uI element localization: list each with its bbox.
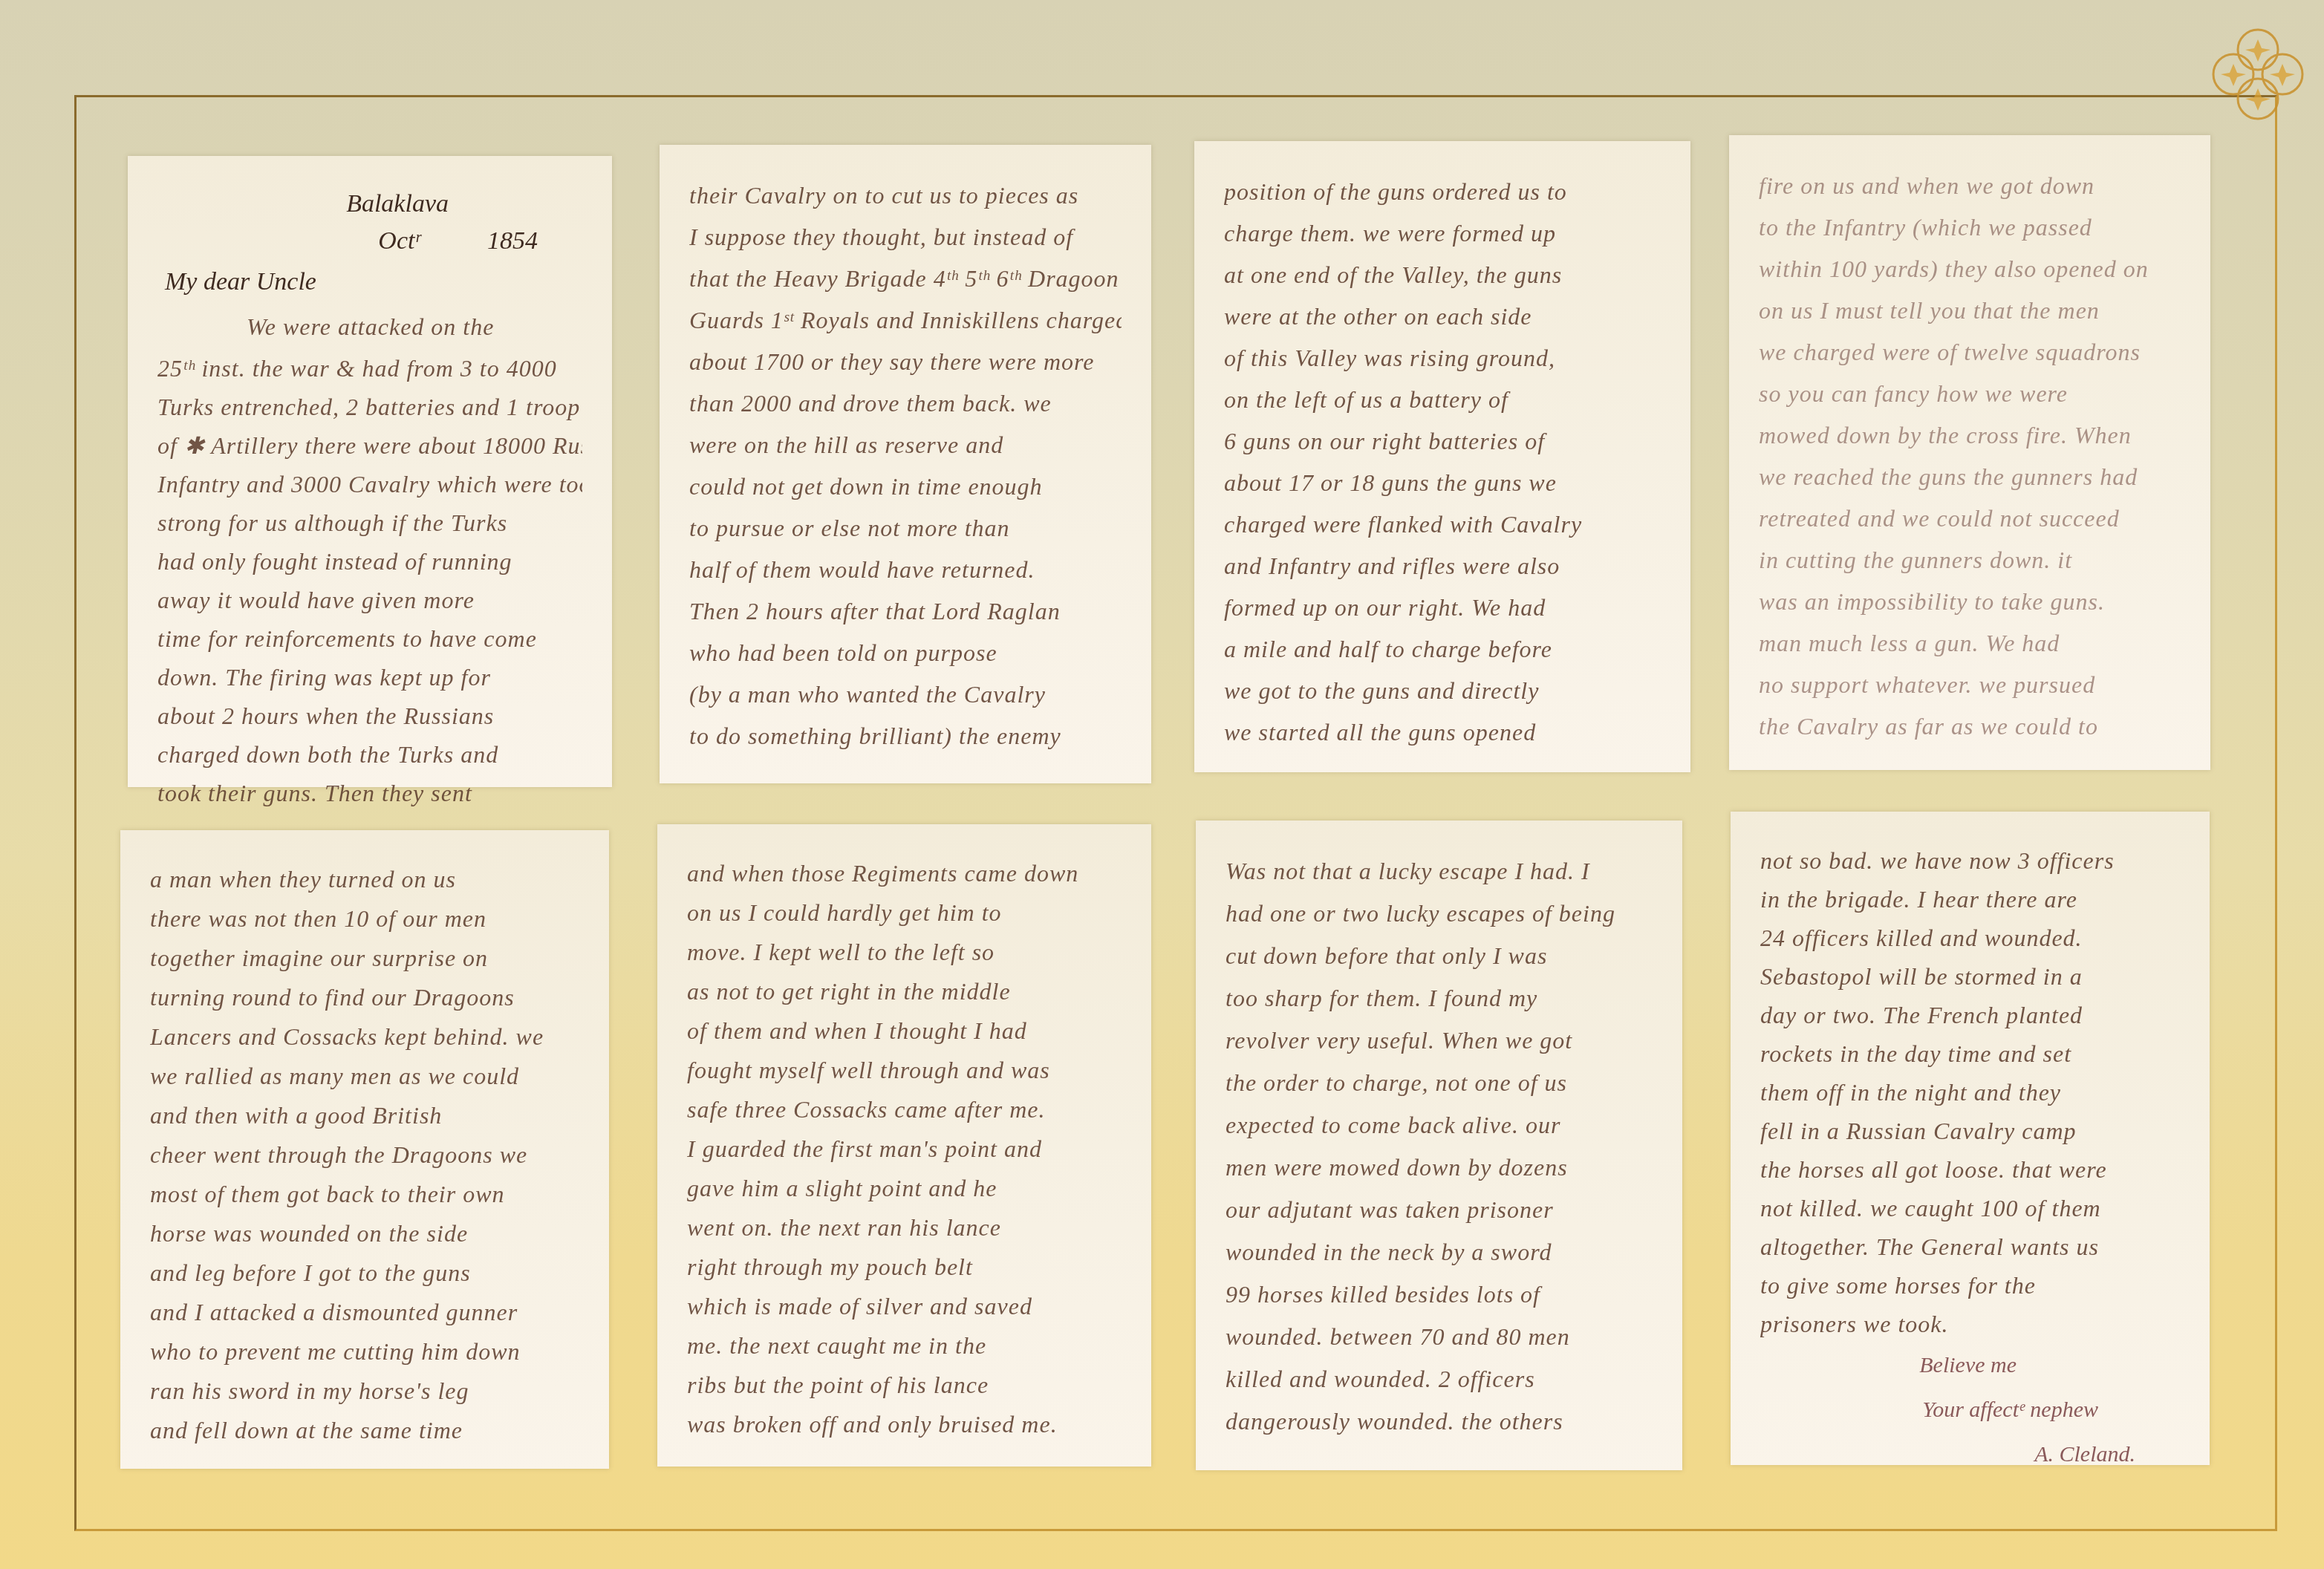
text-line: and leg before I got to the guns [150,1253,579,1293]
text-line: cheer went through the Dragoons we [150,1135,579,1175]
text-line: half of them would have returned. [689,549,1122,590]
text-line: went on. the next ran his lance [687,1208,1122,1247]
text-line: wounded. between 70 and 80 men [1226,1316,1653,1358]
text-line: man much less a gun. We had [1759,622,2181,664]
text-line: in cutting the gunners down. it [1759,539,2181,581]
text-line: mowed down by the cross fire. When [1759,414,2181,456]
text-line: on the left of us a battery of [1224,379,1661,420]
text-line: We were attacked on the [157,304,582,349]
text-line: so you can fancy how we were [1759,373,2181,414]
text-line: had one or two lucky escapes of being [1226,893,1653,935]
text-line: charged were flanked with Cavalry [1224,503,1661,545]
text-line: (by a man who wanted the Cavalry [689,673,1122,715]
text-line: on us I could hardly get him to [687,893,1122,933]
text-line: was an impossibility to take guns. [1759,581,2181,622]
letter-page-3: position of the guns ordered us to charg… [1194,141,1690,772]
text-line: dangerously wounded. the others [1226,1400,1653,1443]
text-line: time for reinforcements to have come [157,619,582,658]
text-line: ribs but the point of his lance [687,1366,1122,1405]
text-line: and then with a good British [150,1096,579,1135]
text-line: had only fought instead of running [157,542,582,581]
text-line: move. I kept well to the left so [687,933,1122,972]
text-line: gave him a slight point and he [687,1169,1122,1208]
text-line: expected to come back alive. our [1226,1104,1653,1146]
quatrefoil-ornament-icon [2210,26,2306,123]
text-line: we reached the guns the gunners had [1759,456,2181,498]
text-line: rockets in the day time and set [1760,1034,2180,1073]
text-line: strong for us although if the Turks [157,503,582,542]
text-line: could not get down in time enough [689,466,1122,507]
text-line: the order to charge, not one of us [1226,1062,1653,1104]
text-line: to give some horses for the [1760,1266,2180,1305]
text-line: and fell down at the same time [150,1411,579,1450]
text-line: within 100 yards) they also opened on [1759,248,2181,290]
text-line: too sharp for them. I found my [1226,977,1653,1020]
place-line: Balaklava [157,186,449,223]
text-line: altogether. The General wants us [1760,1227,2180,1266]
date-year: 1854 [487,227,538,255]
text-line: charge them. we were formed up [1224,212,1661,254]
text-line: of them and when I thought I had [687,1011,1122,1051]
closing-line: Believe me [1760,1343,2180,1388]
text-line: men were mowed down by dozens [1226,1146,1653,1189]
text-line: there was not then 10 of our men [150,899,579,939]
text-line: Sebastopol will be stormed in a [1760,957,2180,996]
text-line: about 1700 or they say there were more [689,341,1122,382]
text-line: to the Infantry (which we passed [1759,206,2181,248]
text-line: fire on us and when we got down [1759,165,2181,206]
text-line: killed and wounded. 2 officers [1226,1358,1653,1400]
text-line: about 2 hours when the Russians [157,697,582,735]
text-line: I guarded the first man's point and [687,1129,1122,1169]
letter-page-1: Balaklava Octʳ1854 My dear Uncle We were… [128,156,612,787]
text-line: we started all the guns opened [1224,711,1661,753]
text-line: Then 2 hours after that Lord Raglan [689,590,1122,632]
text-line: at one end of the Valley, the guns [1224,254,1661,296]
text-line: ran his sword in my horse's leg [150,1371,579,1411]
text-line: wounded in the neck by a sword [1226,1231,1653,1273]
text-line: away it would have given more [157,581,582,619]
text-line: not killed. we caught 100 of them [1760,1189,2180,1227]
text-line: as not to get right in the middle [687,972,1122,1011]
text-line: down. The firing was kept up for [157,658,582,697]
text-line: cut down before that only I was [1226,935,1653,977]
text-line: together imagine our surprise on [150,939,579,978]
text-line: 99 horses killed besides lots of [1226,1273,1653,1316]
text-line: not so bad. we have now 3 officers [1760,841,2180,880]
text-line: I suppose they thought, but instead of [689,216,1122,258]
text-line: their Cavalry on to cut us to pieces as [689,174,1122,216]
text-line: revolver very useful. When we got [1226,1020,1653,1062]
text-line: were on the hill as reserve and [689,424,1122,466]
letter-page-5: a man when they turned on us there was n… [120,830,609,1469]
text-line: we charged were of twelve squadrons [1759,331,2181,373]
text-line: took their guns. Then they sent [157,774,582,812]
text-line: Lancers and Cossacks kept behind. we [150,1017,579,1057]
text-line: the Cavalry as far as we could to [1759,705,2181,747]
text-line: we rallied as many men as we could [150,1057,579,1096]
text-line: a man when they turned on us [150,860,579,899]
text-line: position of the guns ordered us to [1224,171,1661,212]
text-line: and I attacked a dismounted gunner [150,1293,579,1332]
text-line: formed up on our right. We had [1224,587,1661,628]
letter-page-2: their Cavalry on to cut us to pieces as … [660,145,1151,783]
text-line: retreated and we could not succeed [1759,498,2181,539]
text-line: 6 guns on our right batteries of [1224,420,1661,462]
text-line: of ✱ Artillery there were about 18000 Ru… [157,426,582,465]
text-line: which is made of silver and saved [687,1287,1122,1326]
text-line: charged down both the Turks and [157,735,582,774]
text-line: a mile and half to charge before [1224,628,1661,670]
date-line: Octʳ1854 [157,223,538,260]
text-line: right through my pouch belt [687,1247,1122,1287]
text-line: that the Heavy Brigade 4ᵗʰ 5ᵗʰ 6ᵗʰ Drago… [689,258,1122,299]
text-line: them off in the night and they [1760,1073,2180,1112]
closing-line-2: Your affectᵉ nephew [1760,1388,2180,1432]
salutation: My dear Uncle [157,260,582,304]
text-line: me. the next caught me in the [687,1326,1122,1366]
text-line: our adjutant was taken prisoner [1226,1189,1653,1231]
text-line: prisoners we took. [1760,1305,2180,1343]
text-line: 25ᵗʰ inst. the war & had from 3 to 4000 [157,349,582,388]
text-line: day or two. The French planted [1760,996,2180,1034]
letter-page-7: Was not that a lucky escape I had. I had… [1196,821,1682,1470]
text-line: was broken off and only bruised me. [687,1405,1122,1444]
letter-page-4: fire on us and when we got down to the I… [1729,135,2210,770]
text-line: about 17 or 18 guns the guns we [1224,462,1661,503]
text-line: Turks entrenched, 2 batteries and 1 troo… [157,388,582,426]
text-line: Guards 1ˢᵗ Royals and Inniskillens charg… [689,299,1122,341]
text-line: were at the other on each side [1224,296,1661,337]
text-line: on us I must tell you that the men [1759,290,2181,331]
letter-heading: Balaklava Octʳ1854 [157,186,582,260]
text-line: to do something brilliant) the enemy [689,715,1122,757]
letter-page-8: not so bad. we have now 3 officers in th… [1731,812,2210,1465]
text-line: the horses all got loose. that were [1760,1150,2180,1189]
text-line: to pursue or else not more than [689,507,1122,549]
text-line: safe three Cossacks came after me. [687,1090,1122,1129]
text-line: who to prevent me cutting him down [150,1332,579,1371]
text-line: horse was wounded on the side [150,1214,579,1253]
text-line: and Infantry and rifles were also [1224,545,1661,587]
text-line: who had been told on purpose [689,632,1122,673]
text-line: 24 officers killed and wounded. [1760,919,2180,957]
date-month: Octʳ [378,227,420,255]
text-line: turning round to find our Dragoons [150,978,579,1017]
letter-page-6: and when those Regiments came down on us… [657,824,1151,1467]
text-line: Infantry and 3000 Cavalry which were too [157,465,582,503]
text-line: of this Valley was rising ground, [1224,337,1661,379]
text-line: Was not that a lucky escape I had. I [1226,850,1653,893]
text-line: than 2000 and drove them back. we [689,382,1122,424]
text-line: and when those Regiments came down [687,854,1122,893]
signature: A. Cleland. [1760,1432,2180,1477]
text-line: most of them got back to their own [150,1175,579,1214]
text-line: no support whatever. we pursued [1759,664,2181,705]
text-line: we got to the guns and directly [1224,670,1661,711]
text-line: in the brigade. I hear there are [1760,880,2180,919]
text-line: fought myself well through and was [687,1051,1122,1090]
text-line: fell in a Russian Cavalry camp [1760,1112,2180,1150]
